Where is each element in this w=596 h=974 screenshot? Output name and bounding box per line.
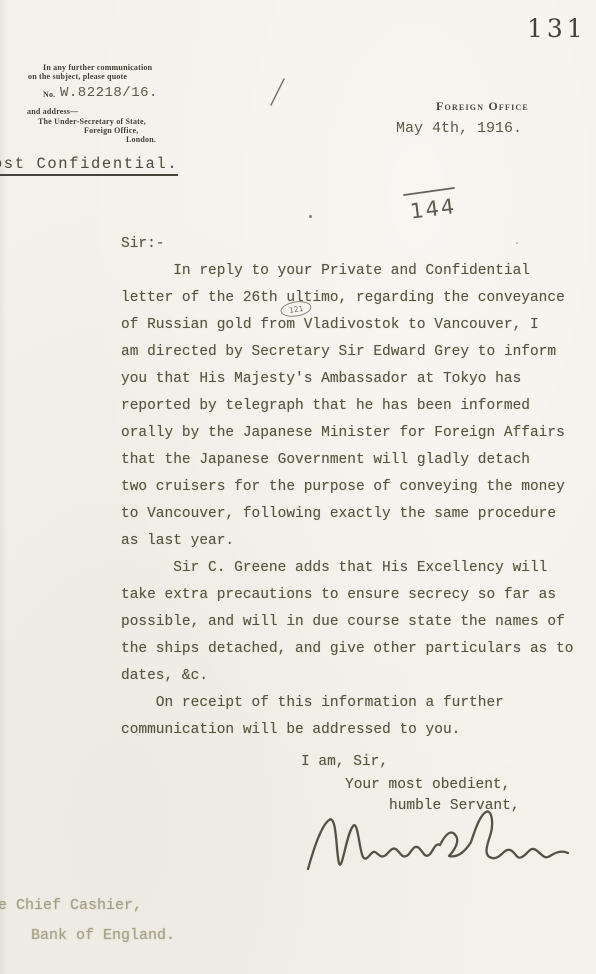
reference-note-line-1: In any further communication (43, 63, 152, 72)
closing-line-1: I am, Sir, (301, 754, 388, 770)
body-line: take extra precautions to ensure secrecy… (121, 582, 591, 609)
scan-speck (516, 242, 518, 244)
body-line: that the Japanese Government will gladly… (121, 447, 591, 474)
body-line: of Russian gold from Vladivostok to Vanc… (121, 312, 591, 339)
body-line: am directed by Secretary Sir Edward Grey… (121, 339, 591, 366)
body-line: two cruisers for the purpose of conveyin… (121, 474, 591, 501)
body-line: you that His Majesty's Ambassador at Tok… (121, 366, 591, 393)
body-line: to Vancouver, following exactly the same… (121, 501, 591, 528)
closing-line-2: Your most obedient, (345, 777, 510, 793)
recipient-line-2: Bank of England. (31, 927, 175, 944)
classification-stamp: Most Confidential. (0, 155, 178, 176)
signature (300, 803, 580, 879)
body-line: In reply to your Private and Confidentia… (121, 258, 591, 285)
circled-registry-number-text: 121 (288, 304, 304, 315)
recipient-line-1: The Chief Cashier, (0, 897, 142, 914)
reference-address-line-2: Foreign Office, (84, 126, 138, 135)
body-line: reported by telegraph that he has been i… (121, 393, 591, 420)
body-line: as last year. (121, 528, 591, 555)
reference-note-line-2: on the subject, please quote (28, 72, 127, 81)
letter-body: Sir:- In reply to your Private and Confi… (121, 231, 591, 744)
reference-no-label: No. (43, 90, 55, 99)
circled-registry-number: 121 (276, 298, 320, 320)
page-number: 131 (527, 14, 587, 43)
body-line: Sir:- (121, 231, 591, 258)
body-line: possible, and will in due course state t… (121, 609, 591, 636)
body-line: orally by the Japanese Minister for Fore… (121, 420, 591, 447)
reference-address-line-3: London. (126, 135, 156, 144)
reference-number: W.82218/16. (60, 85, 158, 101)
folio-number-text: 144 (409, 194, 458, 223)
foreign-office-heading: Foreign Office (436, 99, 529, 114)
body-line: On receipt of this information a further (121, 690, 591, 717)
body-line: the ships detached, and give other parti… (121, 636, 591, 663)
body-line: Sir C. Greene adds that His Excellency w… (121, 555, 591, 582)
reference-address-intro: and address— (27, 107, 78, 116)
body-line: communication will be addressed to you. (121, 717, 591, 744)
letter-date: May 4th, 1916. (396, 120, 522, 137)
reference-address-line-1: The Under-Secretary of State, (38, 117, 146, 126)
letter-scan-page: 131 In any further communication on the … (0, 0, 596, 974)
folio-number-annotation: 144 (398, 182, 474, 226)
pencil-slash-mark (264, 76, 290, 110)
body-line: dates, &c. (121, 663, 591, 690)
body-line: letter of the 26th ultimo, regarding the… (121, 285, 591, 312)
scan-speck (309, 215, 312, 218)
